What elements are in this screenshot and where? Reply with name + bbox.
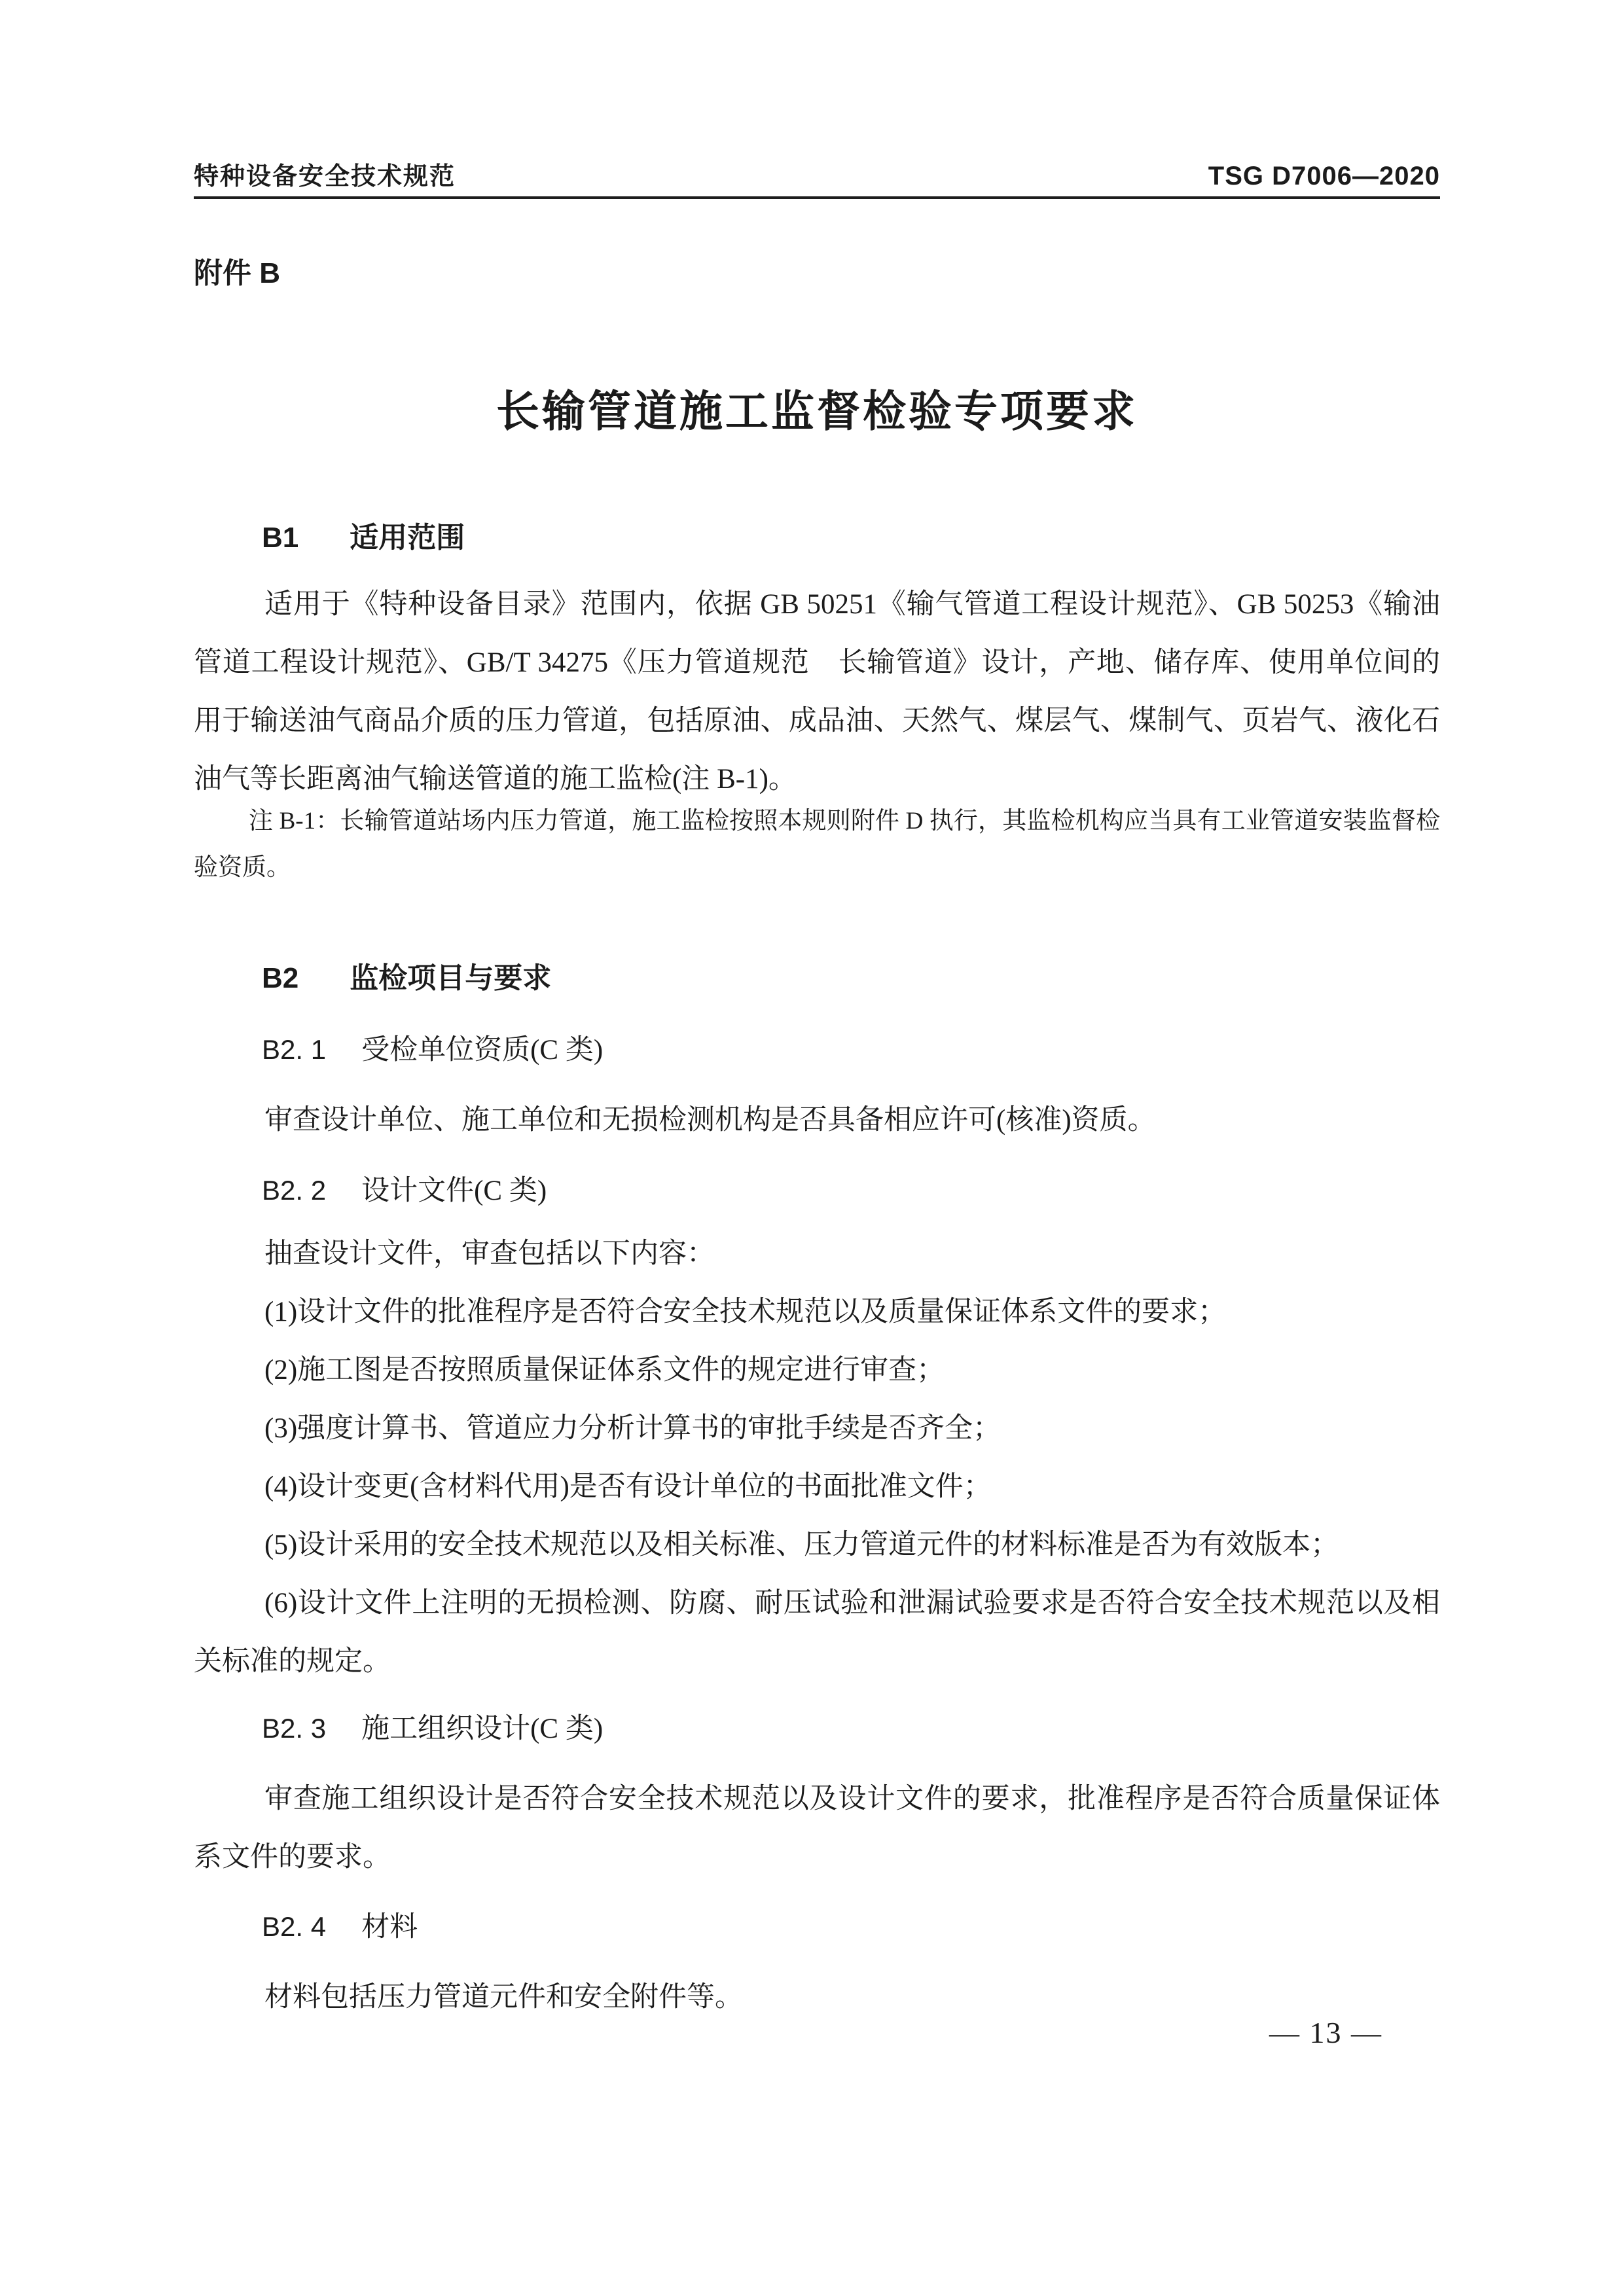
header-right-doc-code: TSG D7006—2020 — [1208, 160, 1440, 192]
list-item-6: (6)设计文件上注明的无损检测、防腐、耐压试验和泄漏试验要求是否符合安全技术规范… — [194, 1574, 1440, 1691]
section-b1-title: 适用范围 — [350, 522, 465, 554]
header-left-title: 特种设备安全技术规范 — [194, 161, 456, 192]
attachment-label: 附件 B — [194, 255, 1440, 292]
list-item-1: (1)设计文件的批准程序是否符合安全技术规范以及质量保证体系文件的要求； — [194, 1283, 1440, 1341]
section-b2-title: 监检项目与要求 — [350, 962, 551, 994]
section-b2-3-paragraph: 审查施工组织设计是否符合安全技术规范以及设计文件的要求，批准程序是否符合质量保证… — [194, 1770, 1440, 1886]
section-b2-3-title: 施工组织设计(C 类) — [361, 1713, 603, 1744]
section-b2-2-heading: B2. 2设计文件(C 类) — [194, 1172, 1440, 1210]
list-item-3: (3)强度计算书、管道应力分析计算书的审批手续是否齐全； — [194, 1399, 1440, 1458]
section-b1-number: B1 — [262, 522, 298, 554]
section-b2-2-title: 设计文件(C 类) — [361, 1175, 547, 1206]
section-b2-1-title: 受检单位资质(C 类) — [361, 1035, 603, 1066]
section-b2-heading: B2监检项目与要求 — [194, 960, 1440, 997]
note-b1: 注 B-1：长输管道站场内压力管道，施工监检按照本规则附件 D 执行，其监检机构… — [194, 798, 1440, 891]
list-item-2: (2)施工图是否按照质量保证体系文件的规定进行审查； — [194, 1341, 1440, 1399]
list-item-4: (4)设计变更(含材料代用)是否有设计单位的书面批准文件； — [194, 1458, 1440, 1516]
section-b1-paragraph: 适用于《特种设备目录》范围内，依据 GB 50251《输气管道工程设计规范》、G… — [194, 575, 1440, 808]
section-b2-4-number: B2. 4 — [262, 1911, 326, 1942]
section-b2-2-intro: 抽查设计文件，审查包括以下内容： — [194, 1225, 1440, 1283]
section-b2-3-heading: B2. 3施工组织设计(C 类) — [194, 1710, 1440, 1748]
section-b1-heading: B1适用范围 — [194, 520, 1440, 556]
list-item-5: (5)设计采用的安全技术规范以及相关标准、压力管道元件的材料标准是否为有效版本； — [194, 1516, 1440, 1574]
section-b2-1-number: B2. 1 — [262, 1034, 326, 1065]
page-header: 特种设备安全技术规范 TSG D7006—2020 — [194, 160, 1440, 192]
document-page: 特种设备安全技术规范 TSG D7006—2020 附件 B 长输管道施工监督检… — [0, 0, 1624, 2296]
section-b2-2-number: B2. 2 — [262, 1175, 326, 1206]
section-b2-number: B2 — [262, 962, 298, 994]
section-b2-1-heading: B2. 1受检单位资质(C 类) — [194, 1031, 1440, 1069]
section-b2-3-number: B2. 3 — [262, 1713, 326, 1744]
document-title: 长输管道施工监督检验专项要求 — [194, 385, 1440, 437]
section-b2-1-paragraph: 审查设计单位、施工单位和无损检测机构是否具备相应许可(核准)资质。 — [194, 1091, 1440, 1149]
section-b2-4-title: 材料 — [361, 1912, 418, 1943]
header-rule — [194, 196, 1440, 199]
section-b2-4-heading: B2. 4材料 — [194, 1909, 1440, 1946]
